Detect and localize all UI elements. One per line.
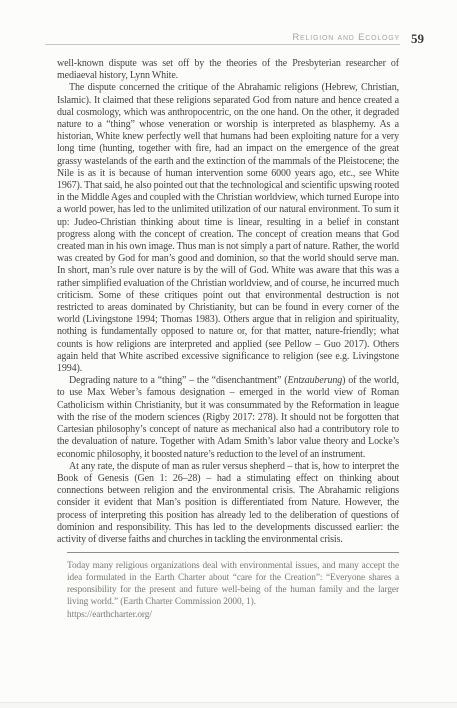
footnote-block: Today many religious organizations deal … xyxy=(67,552,399,620)
footnote-url: https://earthcharter.org/ xyxy=(67,609,399,621)
page-header: Religion and Ecology 59 xyxy=(45,32,424,45)
paragraph-3-post: ) of the world, to use Max Weber’s famou… xyxy=(57,375,399,459)
header-rule: Religion and Ecology xyxy=(45,32,400,45)
page-bottom-edge xyxy=(0,702,457,708)
footnote-text: Today many religious organizations deal … xyxy=(67,560,399,608)
body-text: well-known dispute was set off by the th… xyxy=(57,58,399,546)
body-paragraph-2: The dispute concerned the critique of th… xyxy=(57,82,399,375)
body-paragraph-1: well-known dispute was set off by the th… xyxy=(57,58,399,82)
book-page: Religion and Ecology 59 well-known dispu… xyxy=(0,0,457,708)
body-paragraph-3: Degrading nature to a “thing” – the “dis… xyxy=(57,375,399,460)
paragraph-3-italic-term: Entzauberung xyxy=(287,375,342,386)
body-paragraph-4: At any rate, the dispute of man as ruler… xyxy=(57,461,399,546)
running-title: Religion and Ecology xyxy=(292,32,400,43)
paragraph-3-pre: Degrading nature to a “thing” – the “dis… xyxy=(69,375,287,386)
page-number: 59 xyxy=(411,32,424,45)
